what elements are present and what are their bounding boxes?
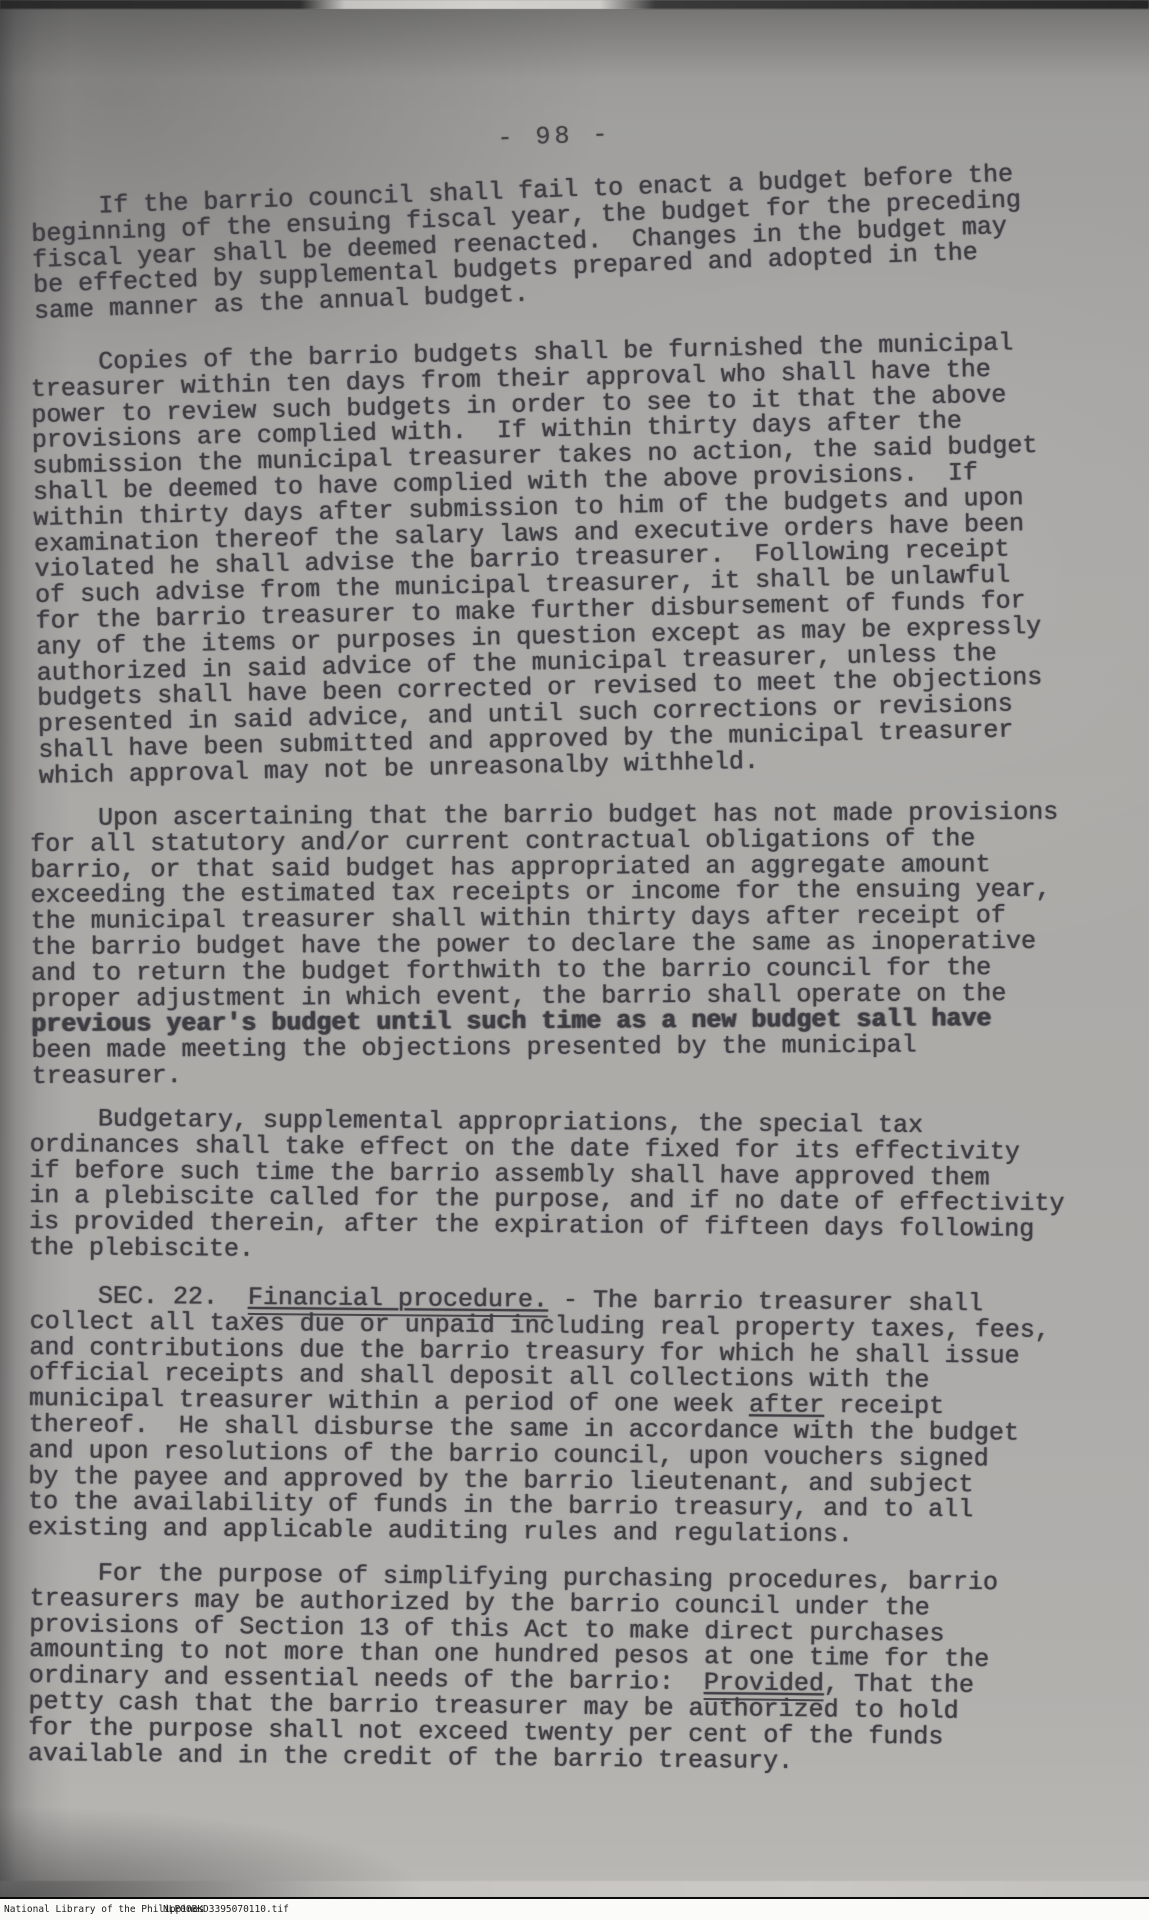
scan-bottom-edge-highlight xyxy=(0,1881,1149,1897)
paragraph-purchasing-procedures: For the purpose of simplifying purchasin… xyxy=(28,1560,1125,1778)
page-number: - 98 - xyxy=(497,120,612,153)
footer-filename: NLP00BKD3395070110.tif xyxy=(163,1904,289,1915)
digitization-footer-bar: National Library of the Philippines NLP0… xyxy=(0,1897,1149,1920)
paragraph-budget-reenactment: If the barrio council shall fail to enac… xyxy=(30,158,1129,325)
paragraph-budget-review: Copies of the barrio budgets shall be fu… xyxy=(30,328,1134,789)
scanned-document-page: - 98 - If the barrio council shall fail … xyxy=(0,0,1149,1920)
paragraph-sec22-financial-procedure: SEC. 22. Financial procedure. - The barr… xyxy=(28,1283,1125,1551)
scan-top-edge-shadow xyxy=(0,0,1149,9)
scan-top-fade xyxy=(0,9,1149,79)
paragraph-inoperative-budget: Upon ascertaining that the barrio budget… xyxy=(30,799,1127,1089)
paragraph-effectivity: Budgetary, supplemental appropriations, … xyxy=(29,1106,1125,1269)
